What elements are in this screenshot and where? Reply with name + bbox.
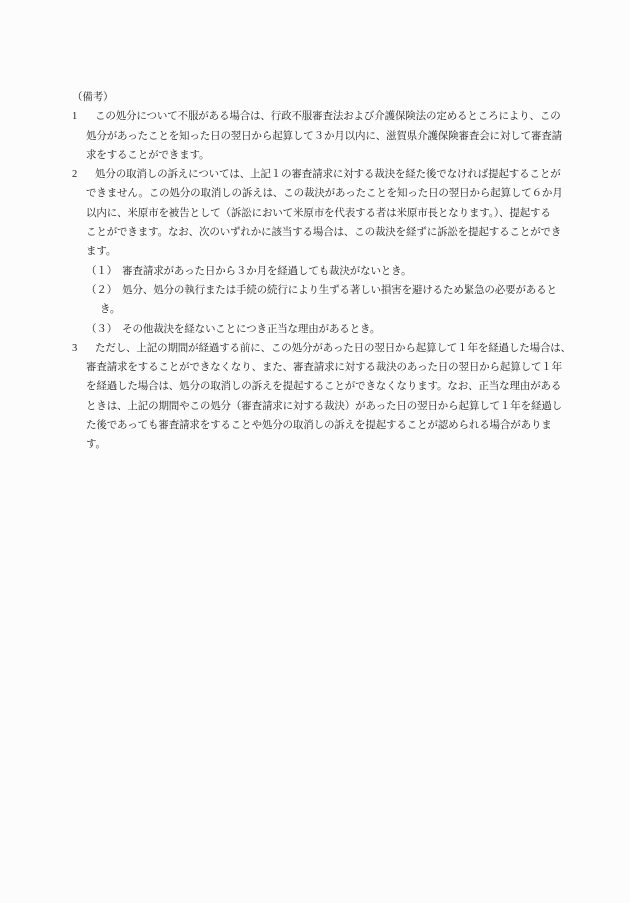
item-line: す。 — [86, 435, 572, 454]
item-number: 2 — [72, 165, 95, 184]
item-line-text: ただし、上記の期間が経過する前に、この処分があった日の翌日から起算して１年を経過… — [95, 343, 571, 354]
item-line: た後であっても審査請求をすることや処分の取消しの訴えを提起することが認められる場… — [86, 416, 572, 435]
item-line: できません。この処分の取消しの訴えは、この裁決があったことを知った日の翌日から起… — [86, 184, 572, 203]
item-line: ます。 — [86, 242, 572, 261]
item-first-line: 3ただし、上記の期間が経過する前に、この処分があった日の翌日から起算して１年を経… — [72, 339, 572, 358]
subitem-first-line: （３） その他裁決を経ないことにつき正当な理由があるとき。 — [86, 320, 572, 339]
item-line: 求をすることができます。 — [86, 146, 572, 165]
item-line: 処分があったことを知った日の翌日から起算して３か月以内に、滋賀県介護保険審査会に… — [86, 127, 572, 146]
item-line: 以内に、米原市を被告として（訴訟において米原市を代表する者は米原市長となります。… — [86, 204, 572, 223]
item-line: を経過した場合は、処分の取消しの訴えを提起することができなくなります。なお、正当… — [86, 377, 572, 396]
item-number: 1 — [72, 107, 95, 126]
remarks-heading: （備考） — [72, 88, 572, 107]
document-page: （備考） 1この処分について不服がある場合は、行政不服審査法および介護保険法の定… — [0, 0, 630, 903]
item-line: ときは、上記の期間やこの処分（審査請求に対する裁決）があった日の翌日から起算して… — [86, 397, 572, 416]
item-first-line: 2処分の取消しの訴えについては、上記１の審査請求に対する裁決を経た後でなければ提… — [72, 165, 572, 184]
subitem-first-line: （２） 処分、処分の執行または手続の続行により生ずる著しい損害を避けるため緊急の… — [86, 281, 572, 300]
item-number: 3 — [72, 339, 95, 358]
remarks-section: （備考） 1この処分について不服がある場合は、行政不服審査法および介護保険法の定… — [72, 88, 572, 455]
subitem-first-line: （１） 審査請求があった日から３か月を経過しても裁決がないとき。 — [86, 262, 572, 281]
item-line-text: この処分について不服がある場合は、行政不服審査法および介護保険法の定めるところに… — [95, 111, 561, 122]
item-line-text: 処分の取消しの訴えについては、上記１の審査請求に対する裁決を経た後でなければ提起… — [95, 169, 561, 180]
remarks-body: 1この処分について不服がある場合は、行政不服審査法および介護保険法の定めるところ… — [72, 107, 572, 454]
subitem-line: き。 — [100, 300, 572, 319]
item-line: 審査請求をすることができなくなり、また、審査請求に対する裁決のあった日の翌日から… — [86, 358, 572, 377]
item-line: ことができます。なお、次のいずれかに該当する場合は、この裁決を経ずに訴訟を提起す… — [86, 223, 572, 242]
item-first-line: 1この処分について不服がある場合は、行政不服審査法および介護保険法の定めるところ… — [72, 107, 572, 126]
